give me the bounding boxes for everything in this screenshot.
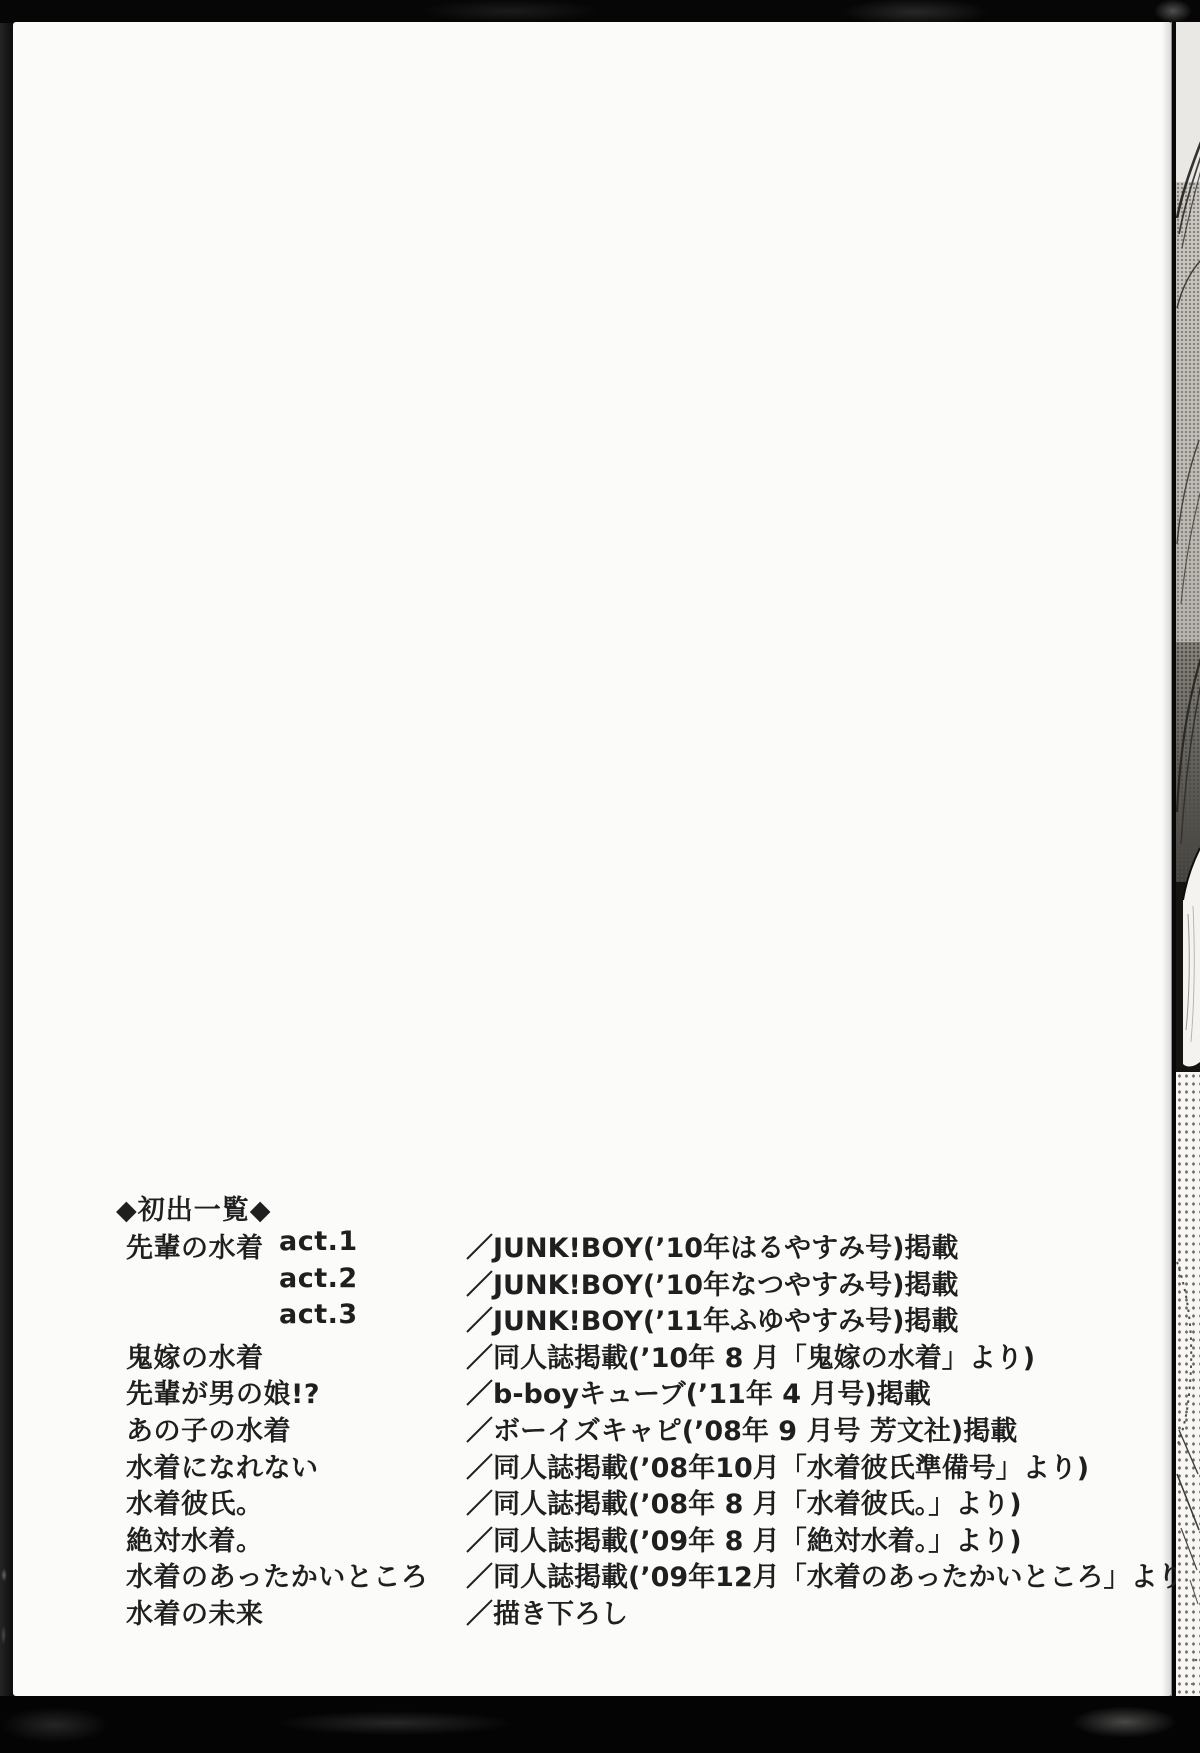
work-title: 水着彼氏。 — [126, 1482, 264, 1521]
publication-source: ／同人誌掲載(’09年12月「水着のあったかいところ」より) — [466, 1555, 1197, 1594]
act-label: act.2 — [279, 1263, 358, 1294]
work-title: 水着になれない — [126, 1446, 319, 1485]
publication-source: ／同人誌掲載(’09年 8 月「絶対水着。」より) — [466, 1519, 1022, 1558]
scan-smudge — [230, 1706, 560, 1740]
credit-row: 先輩の水着 act.1 ／JUNK!BOY(’10年はるやすみ号)掲載 — [116, 1226, 1096, 1263]
publication-source: ／同人誌掲載(’08年 8 月「水着彼氏。」より) — [466, 1482, 1022, 1521]
publication-source: ／JUNK!BOY(’11年ふゆやすみ号)掲載 — [466, 1299, 958, 1338]
work-title: 先輩が男の娘!? — [126, 1372, 320, 1411]
credit-row: 水着の未来 ／描き下ろし — [116, 1592, 1096, 1629]
scanned-book-page: ◆初出一覧◆ 先輩の水着 act.1 ／JUNK!BOY(’10年はるやすみ号)… — [0, 0, 1200, 1753]
page-edge-shadow — [1162, 22, 1172, 1696]
scan-smudge — [0, 1622, 7, 1648]
work-title: 先輩の水着 — [126, 1226, 264, 1265]
work-title: あの子の水着 — [126, 1409, 291, 1448]
scan-smudge — [1052, 1700, 1197, 1744]
scan-border-left — [0, 0, 14, 1753]
publication-source: ／JUNK!BOY(’10年はるやすみ号)掲載 — [466, 1226, 958, 1265]
work-title: 鬼嫁の水着 — [126, 1336, 264, 1375]
act-label: act.3 — [279, 1299, 358, 1330]
publication-source: ／JUNK!BOY(’10年なつやすみ号)掲載 — [466, 1263, 958, 1302]
work-title: 水着のあったかいところ — [126, 1555, 428, 1594]
credit-row: 水着彼氏。 ／同人誌掲載(’08年 8 月「水着彼氏。」より) — [116, 1482, 1096, 1519]
art-linework — [1176, 22, 1200, 1700]
publication-source: ／同人誌掲載(’08年10月「水着彼氏準備号」より) — [466, 1446, 1089, 1485]
credit-row: あの子の水着 ／ボーイズキャピ(’08年 9 月号 芳文社)掲載 — [116, 1409, 1096, 1446]
paper-page: ◆初出一覧◆ 先輩の水着 act.1 ／JUNK!BOY(’10年はるやすみ号)… — [13, 22, 1172, 1696]
credit-row: 絶対水着。 ／同人誌掲載(’09年 8 月「絶対水着。」より) — [116, 1519, 1096, 1556]
adjacent-page-art-strip — [1176, 22, 1200, 1700]
credit-row: 先輩が男の娘!? ／b-boyキューブ(’11年 4 月号)掲載 — [116, 1372, 1096, 1409]
publication-source: ／ボーイズキャピ(’08年 9 月号 芳文社)掲載 — [466, 1409, 1017, 1448]
work-title: 絶対水着。 — [126, 1519, 264, 1558]
publication-source: ／b-boyキューブ(’11年 4 月号)掲載 — [466, 1372, 931, 1411]
scan-smudge — [0, 1566, 8, 1584]
first-publication-list: ◆初出一覧◆ 先輩の水着 act.1 ／JUNK!BOY(’10年はるやすみ号)… — [116, 1188, 1096, 1629]
publication-source: ／描き下ろし — [466, 1592, 628, 1631]
list-header: ◆初出一覧◆ — [116, 1188, 1096, 1226]
publication-source: ／同人誌掲載(’10年 8 月「鬼嫁の水着」より) — [466, 1336, 1035, 1375]
scan-border-bottom — [0, 1696, 1200, 1753]
credit-row: 水着になれない ／同人誌掲載(’08年10月「水着彼氏準備号」より) — [116, 1446, 1096, 1483]
act-label: act.1 — [279, 1226, 358, 1257]
credit-row: 水着のあったかいところ ／同人誌掲載(’09年12月「水着のあったかいところ」よ… — [116, 1555, 1096, 1592]
work-title: 水着の未来 — [126, 1592, 264, 1631]
credit-row: 鬼嫁の水着 ／同人誌掲載(’10年 8 月「鬼嫁の水着」より) — [116, 1336, 1096, 1373]
credit-row: act.3 ／JUNK!BOY(’11年ふゆやすみ号)掲載 — [116, 1299, 1096, 1336]
credit-row: act.2 ／JUNK!BOY(’10年なつやすみ号)掲載 — [116, 1263, 1096, 1300]
